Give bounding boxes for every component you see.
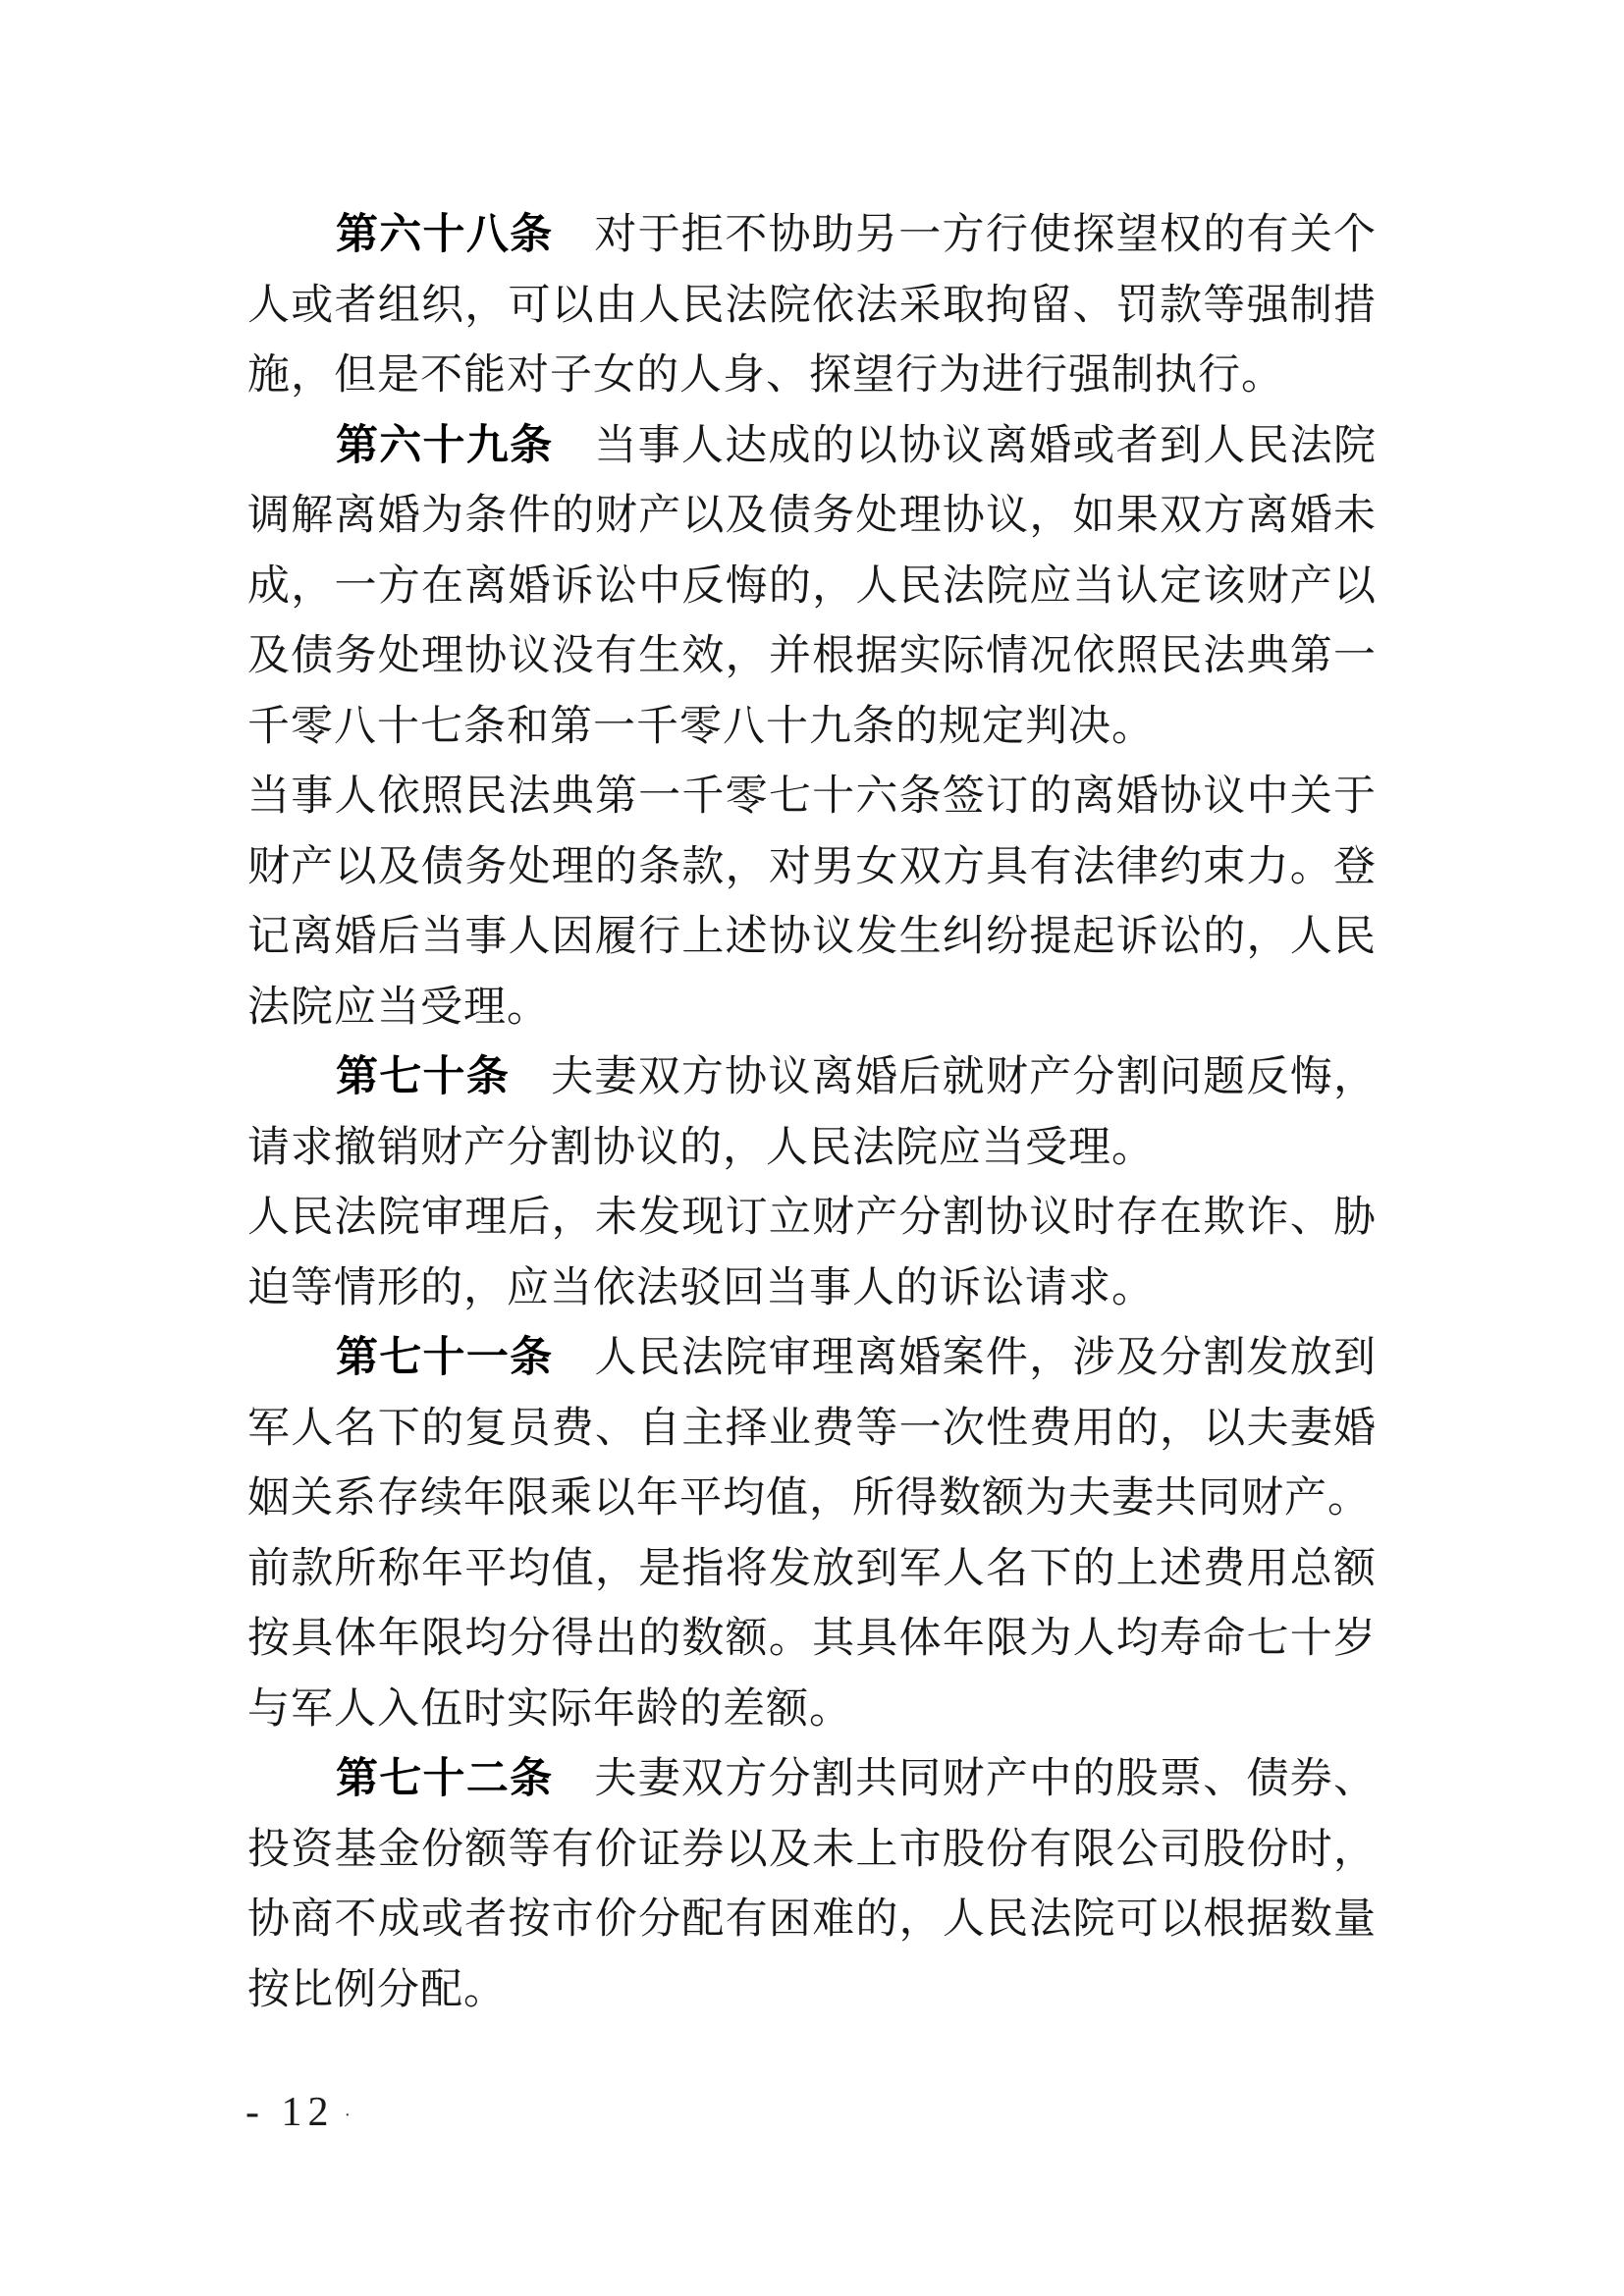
article-body-text: 前款所称年平均值，是指将发放到军人名下的上述费用总额按具体年限均分得出的数额。其… — [247, 1546, 1377, 1733]
continuation-paragraph: 人民法院审理后，未发现订立财产分割协议时存在欺诈、胁迫等情形的，应当依法驳回当事… — [247, 1183, 1377, 1323]
continuation-paragraph: 当事人依照民法典第一千零七十六条签订的离婚协议中关于财产以及债务处理的条款，对男… — [247, 762, 1377, 1042]
article-body-text: 当事人达成的以协议离婚或者到人民法院调解离婚为条件的财产以及债务处理协议，如果双… — [247, 423, 1377, 750]
article-paragraph: 第七十一条人民法院审理离婚案件，涉及分割发放到军人名下的复员费、自主择业费等一次… — [247, 1323, 1377, 1534]
article-body-text: 人民法院审理后，未发现订立财产分割协议时存在欺诈、胁迫等情形的，应当依法驳回当事… — [247, 1195, 1377, 1311]
continuation-paragraph: 前款所称年平均值，是指将发放到军人名下的上述费用总额按具体年限均分得出的数额。其… — [247, 1534, 1377, 1745]
article-number: 第七十一条 — [336, 1334, 553, 1381]
article-number: 第七十二条 — [336, 1755, 553, 1802]
page-number: - 12 — [245, 2090, 335, 2135]
article-paragraph: 第七十条夫妻双方协议离婚后就财产分割问题反悔，请求撤销财产分割协议的，人民法院应… — [247, 1042, 1377, 1183]
article-body-text: 当事人依照民法典第一千零七十六条签订的离婚协议中关于财产以及债务处理的条款，对男… — [247, 774, 1377, 1031]
document-page: 第六十八条对于拒不协助另一方行使探望权的有关个人或者组织，可以由人民法院依法采取… — [0, 0, 1624, 2296]
article-number: 第六十九条 — [336, 422, 553, 469]
article-paragraph: 第六十八条对于拒不协助另一方行使探望权的有关个人或者组织，可以由人民法院依法采取… — [247, 200, 1377, 411]
article-number: 第七十条 — [336, 1053, 510, 1100]
article-paragraph: 第七十二条夫妻双方分割共同财产中的股票、债券、投资基金份额等有价证券以及未上市股… — [247, 1744, 1377, 2025]
page-footer: - 12· — [245, 2089, 351, 2136]
document-body: 第六十八条对于拒不协助另一方行使探望权的有关个人或者组织，可以由人民法院依法采取… — [247, 200, 1377, 2025]
article-number: 第六十八条 — [336, 211, 553, 258]
article-paragraph: 第六十九条当事人达成的以协议离婚或者到人民法院调解离婚为条件的财产以及债务处理协… — [247, 411, 1377, 763]
stray-dot-mark: · — [345, 2105, 352, 2126]
